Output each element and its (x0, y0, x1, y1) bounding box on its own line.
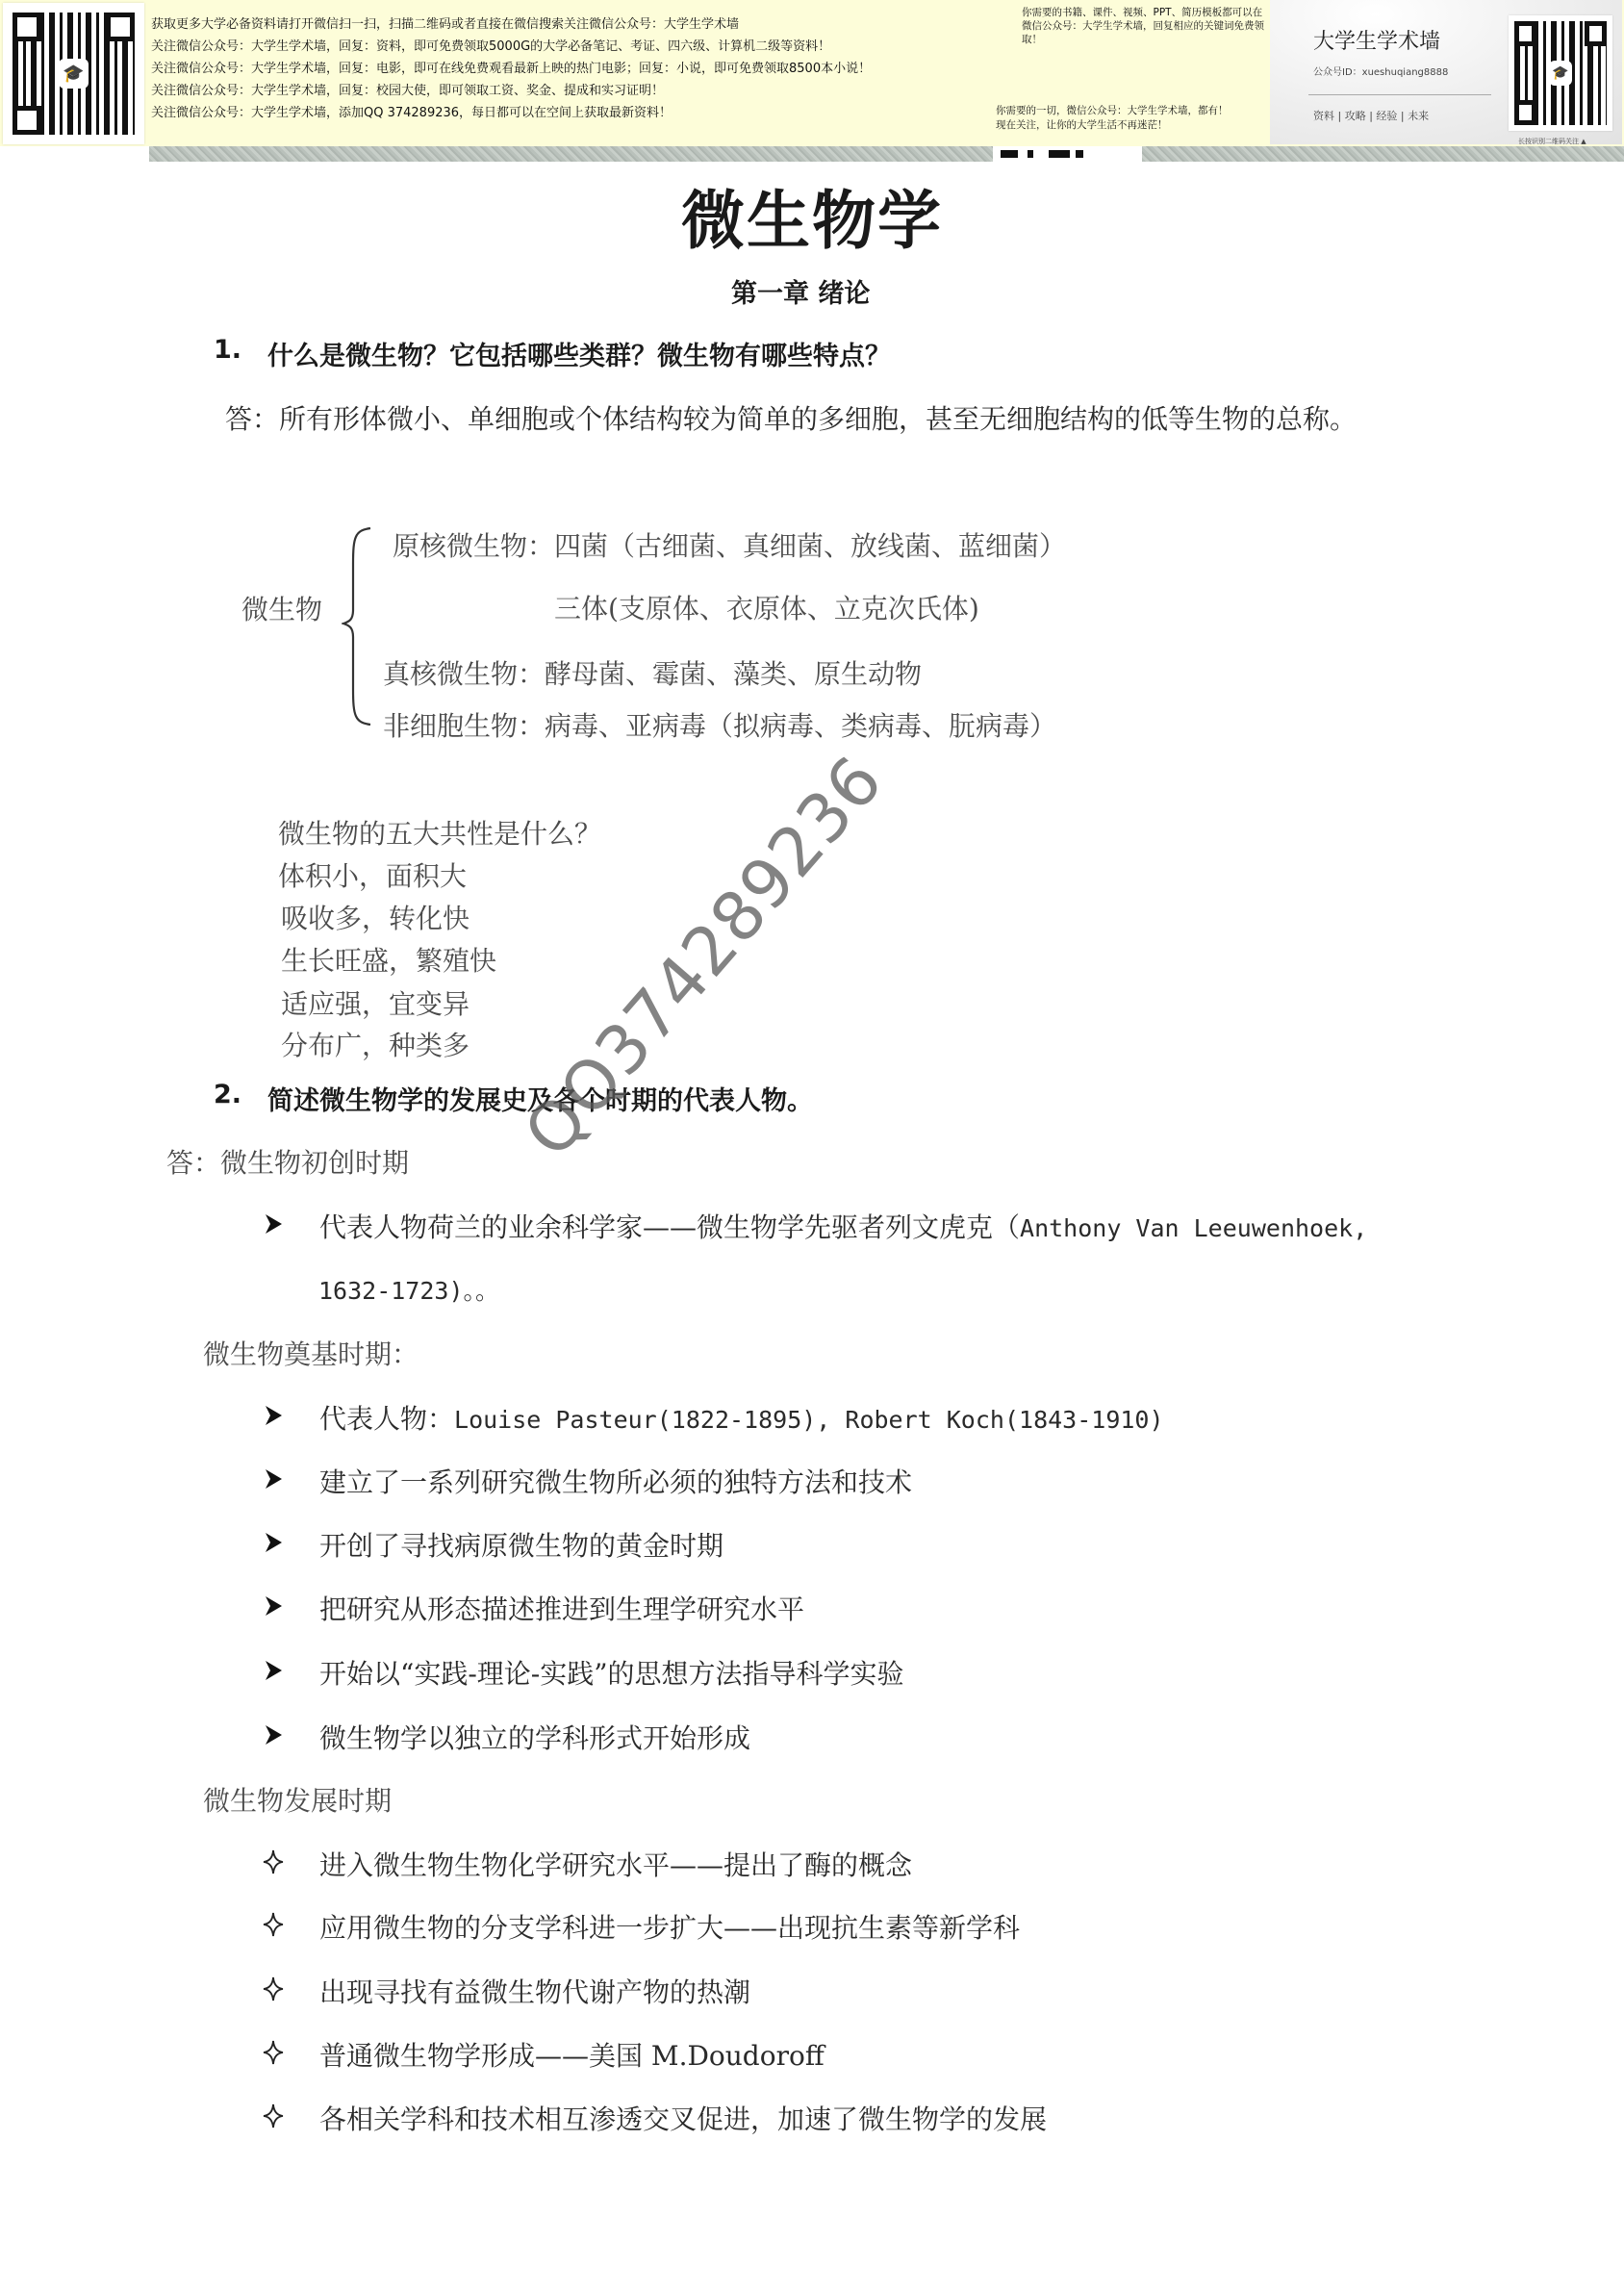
class-acellular: 非细胞生物：病毒、亚病毒（拟病毒、类病毒、朊病毒） (383, 705, 1056, 744)
class-prokaryote-three: 三体(支原体、衣原体、立克次氏体) (554, 588, 979, 626)
bullet-text: 应用微生物的分支学科进一步扩大——出现抗生素等新学科 (319, 1907, 1020, 1946)
banner-line-3: 关注微信公众号：大学生学术墙，回复：电影，即可在线免费观看最新上映的热门电影；回… (151, 58, 871, 76)
banner-line-5: 关注微信公众号：大学生学术墙，添加QQ 374289236，每日都可以在空间上获… (151, 102, 672, 120)
answer-1: 答：所有形体微小、单细胞或个体结构较为简单的多细胞，甚至无细胞结构的低等生物的总… (225, 398, 1357, 437)
banner-side-bottom-1: 你需要的一切，微信公众号：大学生学术墙，都有！ (996, 104, 1229, 117)
class-eukaryote: 真核微生物：酵母菌、霉菌、藻类、原生动物 (383, 653, 922, 692)
bullet-text: 把研究从形态描述推进到生理学研究水平 (319, 1589, 804, 1627)
arrow-bullet-icon (260, 1398, 287, 1433)
period-heading: 微生物奠基时期： (203, 1334, 419, 1372)
qr-code-icon: 🎓 (1514, 21, 1607, 125)
scan-artifact (1028, 150, 1033, 158)
arrow-bullet-icon (260, 1718, 287, 1752)
diamond-bullet-icon (260, 2099, 287, 2133)
banner-line-1: 获取更多大学必备资料请打开微信扫一扫，扫描二维码或者直接在微信搜索关注微信公众号… (151, 13, 739, 32)
scan-band (1142, 146, 1624, 162)
brand-panel: 大学生学术墙 公众号ID：xueshuqiang8888 资料 | 攻略 | 经… (1270, 0, 1622, 144)
arrow-bullet-icon (260, 1525, 287, 1560)
graduation-cap-icon: 🎓 (59, 59, 88, 88)
qr-code-left: 🎓 (3, 3, 144, 144)
bullet-text: 进入微生物生物化学研究水平——提出了酶的概念 (319, 1845, 912, 1883)
qr-caption: 长按识别二维码关注 ▲ (1518, 137, 1586, 146)
banner-side-bottom-2: 现在关注，让你的大学生活不再迷茫！ (996, 118, 1168, 132)
trait-item: 分布广，种类多 (281, 1025, 469, 1063)
brand-title: 大学生学术墙 (1313, 25, 1440, 55)
question-number: 2. (214, 1080, 241, 1109)
trait-item: 生长旺盛，繁殖快 (281, 940, 496, 979)
question-number: 1. (214, 335, 241, 365)
bullet-continuation: 1632-1723)。。 (318, 1272, 499, 1307)
question-2: 2. 简述微生物学的发展史及各个时期的代表人物。 (214, 1080, 1079, 1114)
trait-item: 适应强，宜变异 (281, 983, 469, 1022)
divider (1308, 94, 1491, 95)
answer-2-label: 答：微生物初创时期 (166, 1142, 409, 1181)
arrow-bullet-icon (260, 1589, 287, 1623)
bullet-text: 微生物学以独立的学科形式开始形成 (319, 1718, 750, 1756)
diamond-bullet-icon (260, 1845, 287, 1879)
traits-question: 微生物的五大共性是什么？ (278, 813, 601, 852)
qr-code-icon: 🎓 (13, 13, 135, 135)
curly-brace-icon (342, 525, 374, 727)
bullet-text-latin: Anthony Van Leeuwenhoek, (1020, 1214, 1367, 1242)
bullet-text: 各相关学科和技术相互渗透交叉促进，加速了微生物学的发展 (319, 2099, 1047, 2137)
bullet-text-latin: Louise Pasteur(1822-1895), Robert Koch(1… (454, 1406, 1164, 1434)
scan-band (149, 146, 993, 162)
ad-banner: 🎓 获取更多大学必备资料请打开微信扫一扫，扫描二维码或者直接在微信搜索关注微信公… (0, 0, 1624, 146)
scan-artifact (1001, 150, 1018, 158)
bullet-text: 开始以“实践-理论-实践”的思想方法指导科学实验 (319, 1653, 904, 1692)
scan-artifact (1076, 150, 1083, 158)
bullet-text: 代表人物： (319, 1403, 454, 1435)
banner-line-2: 关注微信公众号：大学生学术墙，回复：资料，即可免费领取5000G的大学必备笔记、… (151, 36, 830, 54)
diamond-bullet-icon (260, 1972, 287, 2006)
document-title: 微生物学 (681, 169, 943, 261)
scan-artifact (1049, 150, 1070, 158)
brand-tags: 资料 | 攻略 | 经验 | 未来 (1313, 108, 1429, 123)
question-1: 1. 什么是微生物？它包括哪些类群？微生物有哪些特点？ (214, 335, 1079, 370)
banner-line-4: 关注微信公众号：大学生学术墙，回复：校园大使，即可领取工资、奖金、提成和实习证明… (151, 80, 664, 98)
bullet-text: 开创了寻找病原微生物的黄金时期 (319, 1525, 723, 1564)
brand-account-id: 公众号ID：xueshuqiang8888 (1313, 64, 1448, 78)
banner-side-top: 你需要的书籍、课件、视频、PPT、简历模板都可以在微信公众号：大学生学术墙，回复… (1022, 6, 1268, 46)
arrow-bullet-icon (260, 1653, 287, 1688)
qr-code-right: 🎓 (1509, 15, 1612, 131)
trait-item: 体积小，面积大 (278, 855, 467, 894)
period-heading: 微生物发展时期 (203, 1780, 392, 1819)
bullet-text: 出现寻找有益微生物代谢产物的热潮 (319, 1972, 750, 2010)
trait-item: 吸收多，转化快 (281, 898, 469, 936)
classification-root: 微生物 (241, 589, 322, 627)
diamond-bullet-icon (260, 1907, 287, 1942)
chapter-heading: 第一章 绪论 (731, 272, 870, 310)
question-text: 什么是微生物？它包括哪些类群？微生物有哪些特点？ (267, 335, 891, 372)
bullet-text: 建立了一系列研究微生物所必须的独特方法和技术 (319, 1462, 912, 1500)
arrow-bullet-icon (260, 1462, 287, 1496)
bullet-text: 代表人物荷兰的业余科学家——微生物学先驱者列文虎克（ (319, 1211, 1020, 1243)
class-prokaryote: 原核微生物：四菌（古细菌、真细菌、放线菌、蓝细菌） (393, 525, 1066, 564)
diamond-bullet-icon (260, 2035, 287, 2070)
bullet-text: 普通微生物学形成——美国 M.Doudoroff (319, 2035, 825, 2074)
graduation-cap-icon: 🎓 (1549, 61, 1571, 86)
arrow-bullet-icon (260, 1207, 287, 1241)
